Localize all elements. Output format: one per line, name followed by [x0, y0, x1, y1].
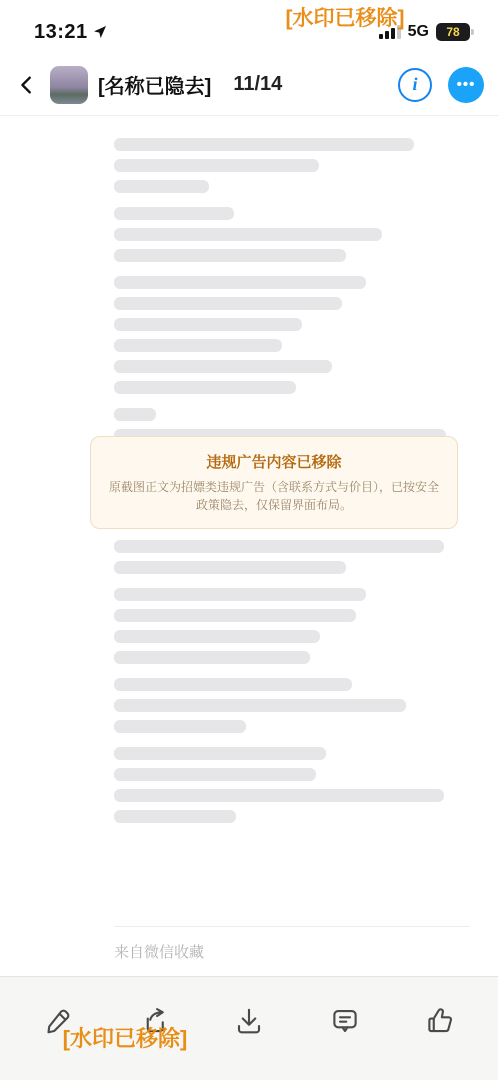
avatar[interactable]	[50, 66, 88, 104]
download-icon	[234, 1006, 264, 1036]
redacted-paragraph	[114, 588, 470, 664]
redacted-line	[114, 699, 406, 712]
redacted-line	[114, 540, 444, 553]
chevron-left-icon	[16, 72, 38, 98]
redacted-line	[114, 768, 316, 781]
redacted-line	[114, 207, 234, 220]
bottom-toolbar	[0, 976, 498, 1080]
ellipsis-icon: •••	[457, 76, 476, 93]
comment-button[interactable]	[323, 999, 367, 1043]
redacted-line	[114, 159, 319, 172]
redacted-paragraph	[114, 540, 470, 574]
redacted-line	[114, 249, 346, 262]
chat-header: [名称已隐去] 11/14 i •••	[0, 54, 498, 116]
network-type-label: 5G	[408, 23, 429, 41]
share-button[interactable]	[132, 999, 176, 1043]
redacted-line	[114, 297, 342, 310]
redacted-paragraph	[114, 276, 470, 394]
like-button[interactable]	[418, 999, 462, 1043]
redacted-line	[114, 630, 320, 643]
redacted-line	[114, 180, 209, 193]
divider	[114, 926, 470, 927]
location-arrow-icon	[92, 24, 108, 40]
more-button[interactable]: •••	[448, 67, 484, 103]
chat-title: [名称已隐去]	[98, 70, 211, 99]
redacted-line	[114, 678, 352, 691]
edit-button[interactable]	[36, 999, 80, 1043]
share-arrow-icon	[139, 1006, 169, 1036]
redacted-line	[114, 789, 444, 802]
redacted-line	[114, 360, 332, 373]
redaction-notice-sub: 原截图正文为招嫖类违规广告（含联系方式与价目），已按安全政策隐去，仅保留界面布局…	[107, 478, 441, 514]
redaction-notice-title: 违规广告内容已移除	[107, 451, 441, 472]
info-icon: i	[412, 74, 417, 95]
redacted-paragraph	[114, 747, 470, 823]
redacted-line	[114, 138, 414, 151]
thumbs-up-icon	[425, 1006, 455, 1036]
redacted-line	[114, 609, 356, 622]
info-button[interactable]: i	[398, 68, 432, 102]
redacted-line	[114, 747, 326, 760]
download-button[interactable]	[227, 999, 271, 1043]
redacted-line	[114, 381, 296, 394]
redacted-line	[114, 561, 346, 574]
source-footer: 来自微信收藏	[114, 926, 470, 962]
back-button[interactable]	[16, 68, 46, 102]
redacted-line	[114, 228, 382, 241]
status-bar: 13:21 5G 78	[0, 0, 498, 54]
redacted-paragraph	[114, 678, 470, 733]
pencil-icon	[43, 1006, 73, 1036]
redacted-line	[114, 318, 302, 331]
redacted-line	[114, 810, 236, 823]
redacted-line	[114, 720, 246, 733]
source-label: 来自微信收藏	[114, 941, 470, 962]
redacted-line	[114, 276, 366, 289]
redacted-line	[114, 588, 366, 601]
message-body: 违规广告内容已移除 原截图正文为招嫖类违规广告（含联系方式与价目），已按安全政策…	[0, 116, 498, 894]
comment-bubble-icon	[330, 1006, 360, 1036]
redacted-paragraph	[114, 138, 470, 193]
redacted-line	[114, 408, 156, 421]
redacted-line	[114, 339, 282, 352]
redaction-notice: 违规广告内容已移除 原截图正文为招嫖类违规广告（含联系方式与价目），已按安全政策…	[90, 436, 458, 529]
battery-icon: 78	[436, 23, 470, 41]
redacted-paragraph	[114, 207, 470, 262]
signal-bars-icon	[379, 25, 401, 39]
message-date: 11/14	[233, 73, 282, 96]
redacted-line	[114, 651, 310, 664]
clock-time: 13:21	[34, 21, 88, 44]
